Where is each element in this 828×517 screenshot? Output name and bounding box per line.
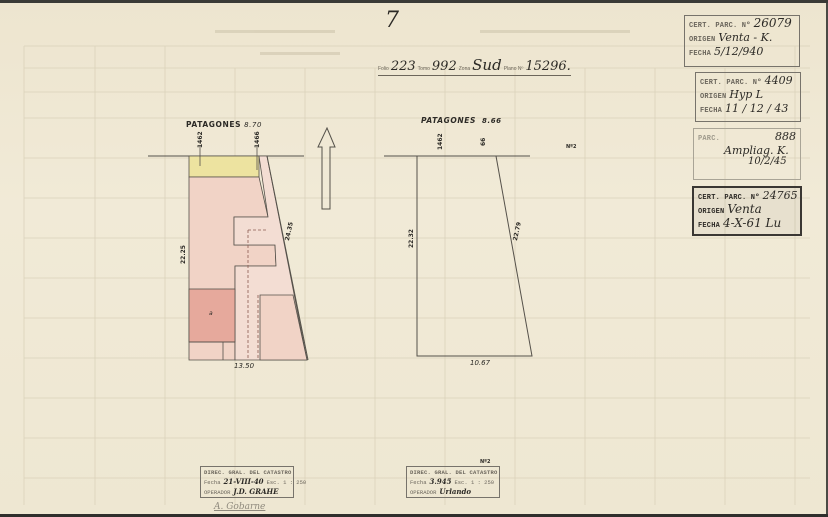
right-plan-door-number-1: 1462 (437, 133, 444, 150)
cadastral-sheet: 7 Folio 223 Tomo 992 Zona Sud Plano Nº 1… (0, 0, 828, 517)
right-plan-drawing (0, 0, 828, 517)
catastro-stamp-1: DIREC. GRAL. DEL CATASTRO Fecha21-VIII-4… (200, 466, 294, 498)
signature: A. Gobarne (214, 502, 265, 512)
right-plan-bottom-dimension: 10.67 (470, 359, 490, 367)
right-plan-left-dimension: 22.32 (408, 229, 415, 248)
right-plan-note: Nº2 (566, 144, 576, 150)
catastro-stamp-2-note: Nº2 (480, 459, 490, 465)
catastro-stamp-2: DIREC. GRAL. DEL CATASTRO Fecha3.945Esc.… (406, 466, 500, 498)
right-plan-door-number-2: 66 (480, 138, 487, 146)
